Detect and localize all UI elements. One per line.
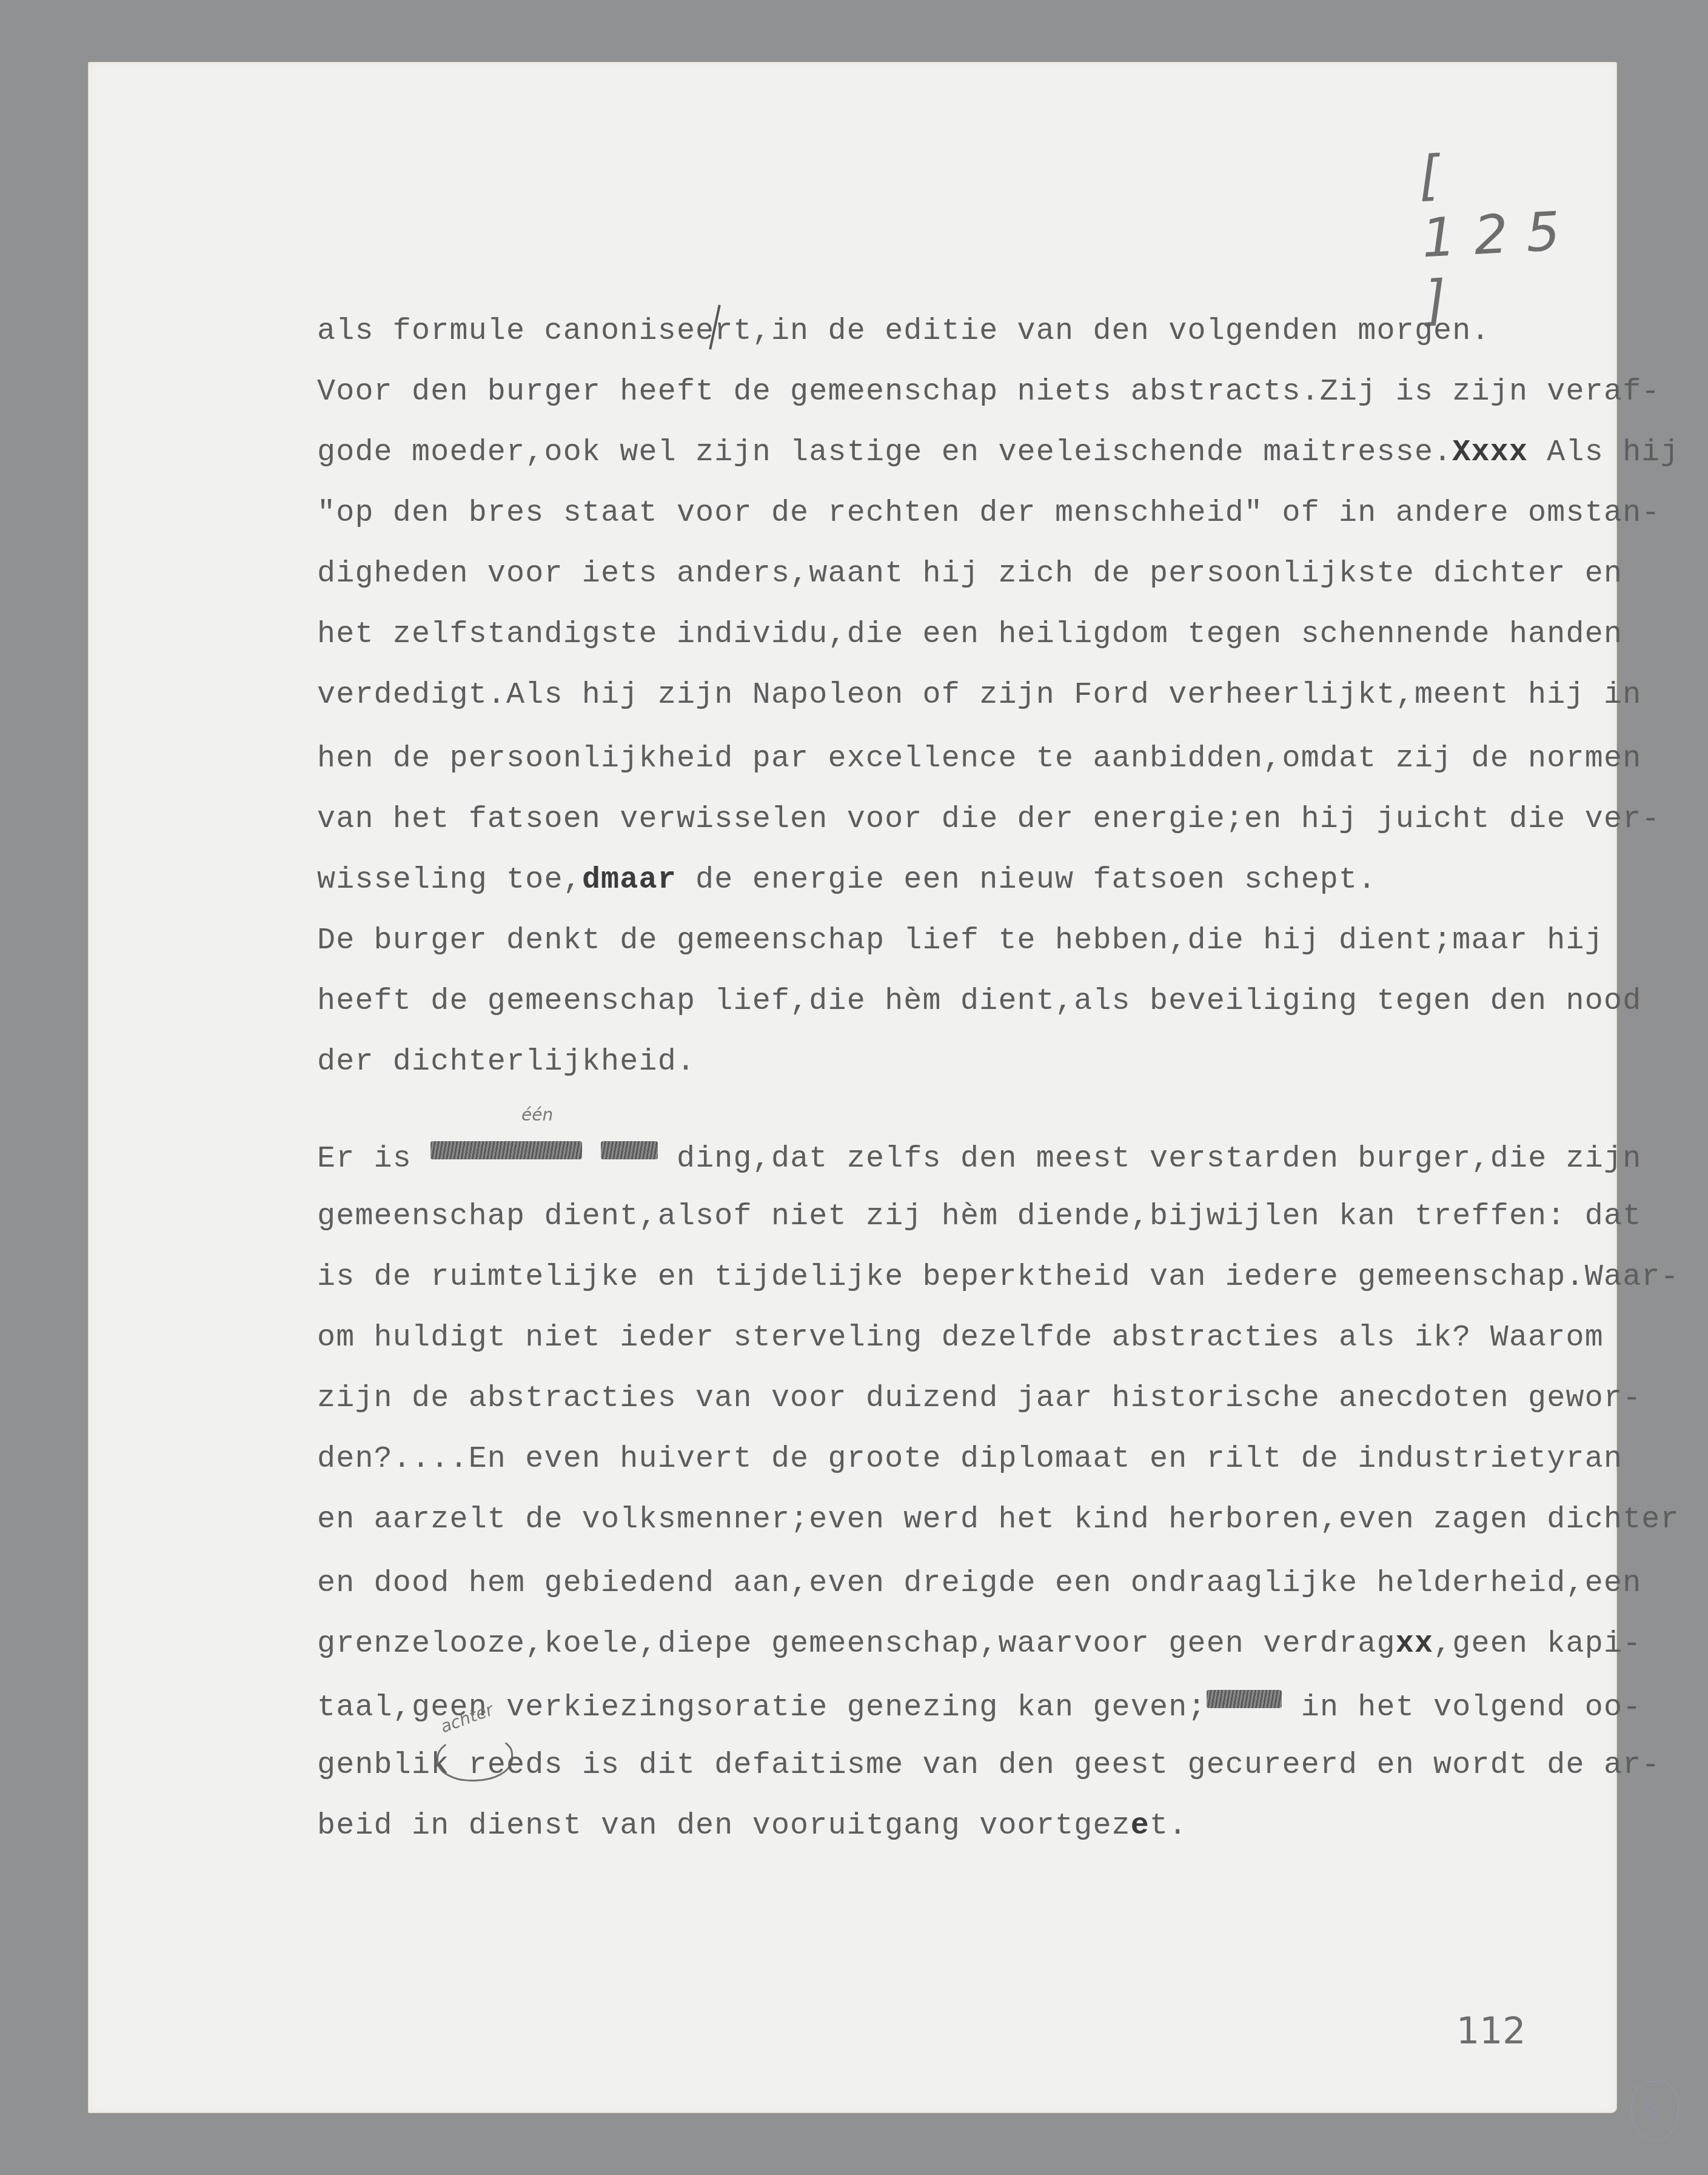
text-segment: grenzelooze,koele,diepe gemeenschap,waar…: [317, 1627, 1396, 1661]
text-segment: beid in dienst van den vooruitgang voort…: [317, 1809, 1131, 1843]
text-line: en aarzelt de volksmenner;even werd het …: [317, 1505, 1680, 1535]
text-line: en dood hem gebiedend aan,even dreigde e…: [317, 1569, 1641, 1599]
text-segment: dit defaitisme van den geest gecureerd e…: [620, 1748, 1660, 1783]
overtyped-correction: xx: [1396, 1627, 1433, 1661]
stamp-glyph: §: [1644, 2093, 1659, 2127]
archive-page-number: [ 125 ]: [1417, 135, 1622, 332]
text-line: De burger denkt de gemeenschap lief te h…: [317, 926, 1604, 956]
text-line: genblik reeds is dit defaitisme van den …: [317, 1751, 1661, 1781]
struck-out-word: absolute: [430, 1141, 582, 1159]
text-segment: Als hij: [1528, 435, 1680, 470]
text-segment: gode moeder,ook wel zijn lastige en veel…: [317, 435, 1452, 470]
text-line: Er is absolute een ding,dat zelfs den me…: [317, 1141, 1641, 1175]
text-line: zijn de abstracties van voor duizend jaa…: [317, 1384, 1641, 1414]
text-line: hen de persoonlijkheid par excellence te…: [317, 744, 1641, 774]
text-line: taal,geen verkiezingsoratie genezing kan…: [317, 1690, 1641, 1723]
text-segment: ding,dat zelfs den meest verstarden burg…: [658, 1142, 1642, 1176]
text-line: wisseling toe,dmaar de energie een nieuw…: [317, 865, 1377, 896]
text-line: "op den bres staat voor de rechten der m…: [317, 498, 1661, 529]
text-segment: t.: [1150, 1809, 1187, 1843]
text-segment: de energie een nieuw fatsoen schept.: [677, 863, 1377, 897]
text-line: het zelfstandigste individu,die een heil…: [317, 620, 1623, 650]
text-line: beid in dienst van den vooruitgang voort…: [317, 1811, 1187, 1842]
text-line: als formule canoniseert,in de editie van…: [317, 317, 1490, 347]
text-segment: wisseling toe,: [317, 863, 582, 897]
folio-number: 112: [1456, 2010, 1526, 2053]
text-line: van het fatsoen verwisselen voor die der…: [317, 805, 1661, 835]
overtyped-correction: Xxxx: [1452, 435, 1528, 470]
overtyped-correction: e: [1131, 1809, 1150, 1843]
text-line: Voor den burger heeft de gemeenschap nie…: [317, 377, 1661, 407]
text-line: verdedigt.Als hij zijn Napoleon of zijn …: [317, 680, 1641, 711]
struck-out-word: maar: [1207, 1690, 1282, 1708]
archive-stamp-icon: §: [1631, 2081, 1679, 2141]
text-line: der dichterlijkheid.: [317, 1047, 695, 1077]
text-line: grenzelooze,koele,diepe gemeenschap,waar…: [317, 1629, 1641, 1660]
struck-out-word: een: [601, 1141, 658, 1159]
text-line: is de ruimtelijke en tijdelijke beperkth…: [317, 1262, 1680, 1293]
text-line: gode moeder,ook wel zijn lastige en veel…: [317, 438, 1680, 468]
text-segment: genblik: [317, 1748, 469, 1783]
text-segment: ,geen kapi-: [1433, 1627, 1641, 1661]
circled-word: reeds: [469, 1748, 563, 1783]
text-segment: is: [563, 1748, 620, 1783]
text-line: gemeenschap dient,alsof niet zij hèm die…: [317, 1202, 1641, 1232]
text-line: heeft de gemeenschap lief,die hèm dient,…: [317, 987, 1641, 1017]
overtyped-correction: dmaar: [582, 863, 677, 897]
document-page: [ 125 ] als formule canoniseert,in de ed…: [88, 62, 1617, 2113]
text-line: digheden voor iets anders,waant hij zich…: [317, 559, 1623, 589]
text-segment: in het volgend oo-: [1282, 1691, 1641, 1725]
handwritten-insertion: één: [521, 1105, 553, 1125]
text-line: den?....En even huivert de groote diplom…: [317, 1444, 1623, 1475]
text-segment: Er is: [317, 1142, 430, 1176]
text-line: om huldigt niet ieder sterveling dezelfd…: [317, 1323, 1604, 1353]
